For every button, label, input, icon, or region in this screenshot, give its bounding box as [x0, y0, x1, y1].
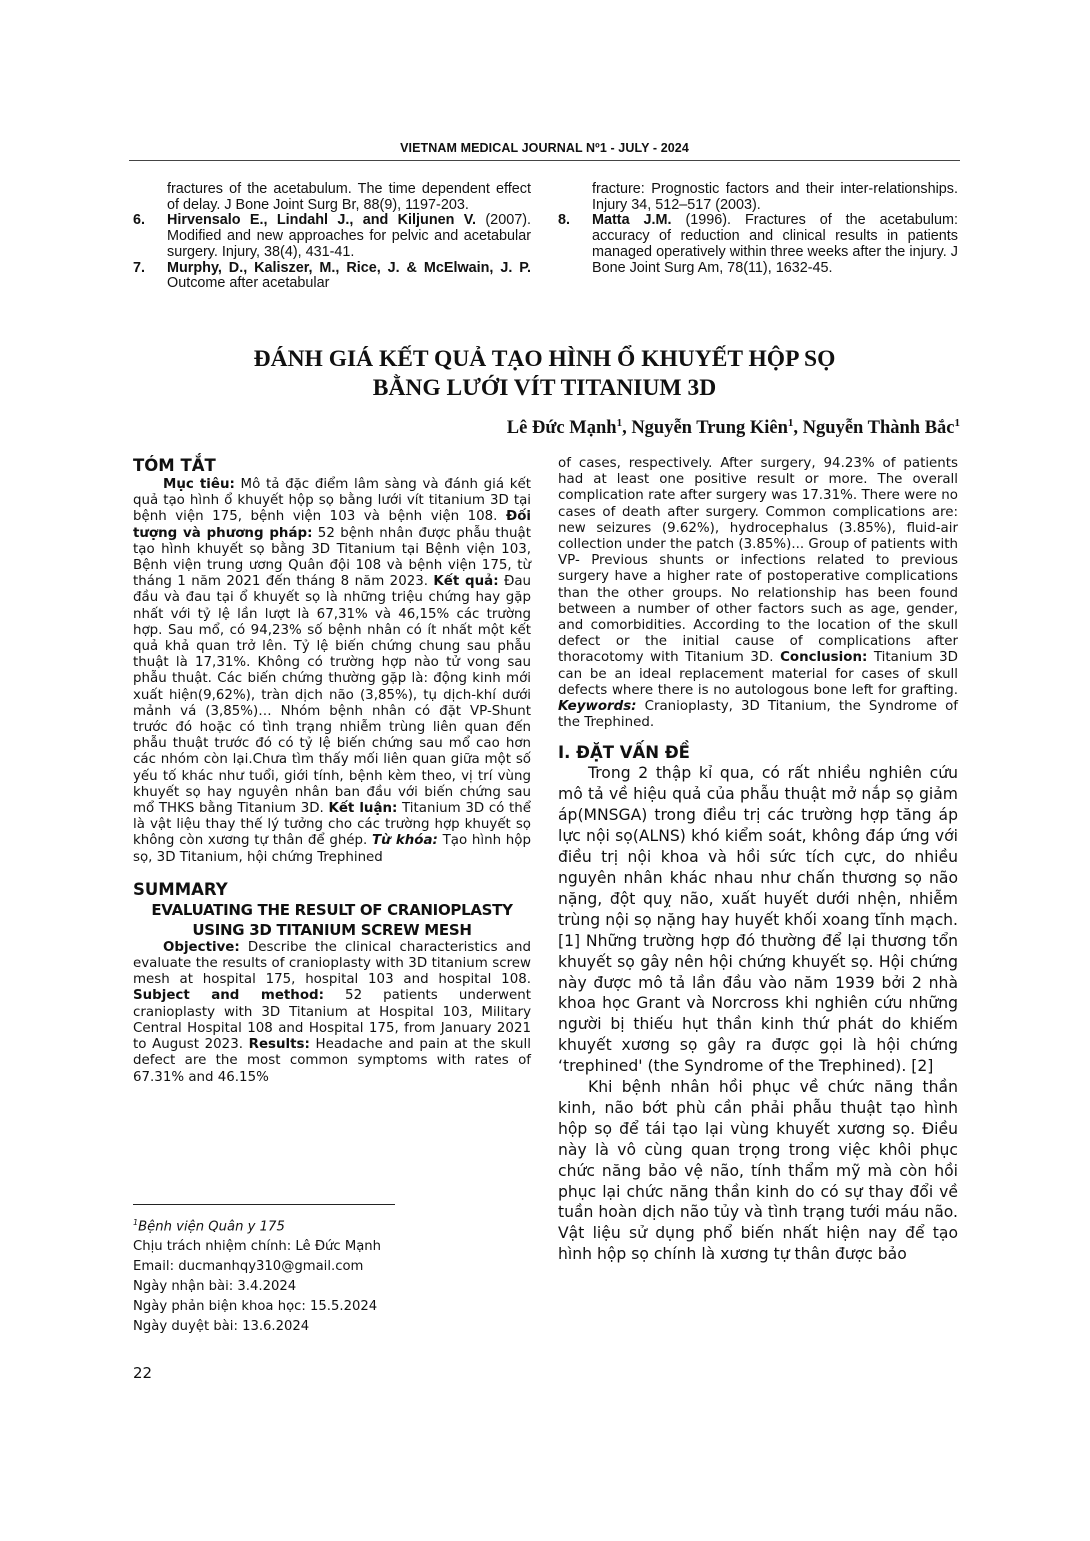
summary-title-line-1: EVALUATING THE RESULT OF CRANIOPLASTY: [133, 900, 531, 920]
author-list: Lê Đức Mạnh1, Nguyễn Trung Kiên1, Nguyễn…: [507, 417, 960, 439]
label-muc-tieu: Mục tiêu:: [163, 477, 235, 492]
footnote-received: Ngày nhận bài: 3.4.2024: [133, 1277, 381, 1297]
reference-body: Matta J.M. (1996). Fractures of the acet…: [592, 213, 958, 276]
running-head: VIETNAM MEDICAL JOURNAL Nº1 - JULY - 202…: [129, 141, 960, 155]
author-affiliation-mark: 1: [617, 417, 623, 429]
reference-authors: Murphy, D., Kaliszer, M., Rice, J. & McE…: [167, 260, 531, 276]
author-affiliation-mark: 1: [788, 417, 794, 429]
reference-authors: Hirvensalo E., Lindahl J., and Kiljunen …: [167, 212, 476, 228]
abstract-vietnamese: Mục tiêu: Mô tả đặc điểm lâm sàng và đán…: [133, 477, 531, 866]
label-ket-luan: Kết luận:: [328, 801, 397, 816]
author-name: Nguyễn Thành Bắc: [803, 418, 955, 438]
text-results-continued: of cases, respectively. After surgery, 9…: [558, 456, 958, 665]
abstract-english-part1: Objective: Describe the clinical charact…: [133, 940, 531, 1086]
reference-item: 6. Hirvensalo E., Lindahl J., and Kiljun…: [133, 213, 531, 260]
summary-title: EVALUATING THE RESULT OF CRANIOPLASTY US…: [133, 900, 531, 940]
left-column: TÓM TẮT Mục tiêu: Mô tả đặc điểm lâm sàn…: [133, 456, 531, 1086]
label-ket-qua: Kết quả:: [433, 574, 498, 589]
reference-continuation: fracture: Prognostic factors and their i…: [592, 182, 958, 213]
footnote-reviewed: Ngày phản biện khoa học: 15.5.2024: [133, 1297, 381, 1317]
section-heading-dat-van-de: I. ĐẶT VẤN ĐỀ: [558, 743, 958, 763]
author-affiliation-mark: 1: [955, 417, 961, 429]
author-name: Lê Đức Mạnh: [507, 418, 617, 438]
body-paragraph: Trong 2 thập kỉ qua, có rất nhiều nghiên…: [558, 763, 958, 1077]
reference-number: 7.: [133, 261, 167, 292]
reference-text: Outcome after acetabular: [167, 275, 329, 291]
page-number: 22: [133, 1364, 152, 1382]
label-results: Results:: [249, 1037, 310, 1052]
label-tu-khoa: Từ khóa:: [372, 833, 438, 848]
journal-page: VIETNAM MEDICAL JOURNAL Nº1 - JULY - 202…: [0, 0, 1090, 1541]
section-heading-tom-tat: TÓM TẮT: [133, 456, 531, 476]
footnote-rule: [133, 1204, 395, 1205]
footnote-email: Email: ducmanhqy310@gmail.com: [133, 1257, 381, 1277]
summary-title-line-2: USING 3D TITANIUM SCREW MESH: [133, 920, 531, 940]
references-left: fractures of the acetabulum. The time de…: [133, 182, 531, 292]
author-name: Nguyễn Trung Kiên: [631, 418, 788, 438]
article-title: ĐÁNH GIÁ KẾT QUẢ TẠO HÌNH Ổ KHUYẾT HỘP S…: [129, 345, 960, 403]
reference-body: Hirvensalo E., Lindahl J., and Kiljunen …: [167, 213, 531, 260]
label-conclusion: Conclusion:: [780, 650, 867, 665]
reference-number: 6.: [133, 213, 167, 260]
header-rule: [129, 160, 960, 161]
article-title-line-2: BẰNG LƯỚI VÍT TITANIUM 3D: [129, 374, 960, 403]
section-heading-summary: SUMMARY: [133, 880, 531, 900]
footnote-accepted: Ngày duyệt bài: 13.6.2024: [133, 1317, 381, 1337]
text-ket-qua: Đau đầu và đau tại ổ khuyết sọ là những …: [133, 574, 531, 816]
reference-number: 8.: [558, 213, 592, 276]
footnotes: 1Bệnh viện Quân y 175 Chịu trách nhiệm c…: [133, 1213, 381, 1337]
affiliation-text: Bệnh viện Quân y 175: [138, 1219, 285, 1234]
reference-item: 8. Matta J.M. (1996). Fractures of the a…: [558, 213, 958, 276]
label-method: Subject and method:: [133, 988, 324, 1003]
right-column: of cases, respectively. After surgery, 9…: [558, 456, 958, 1265]
reference-item: 7. Murphy, D., Kaliszer, M., Rice, J. & …: [133, 261, 531, 292]
footnote-responsible: Chịu trách nhiệm chính: Lê Đức Mạnh: [133, 1237, 381, 1257]
references-right: fracture: Prognostic factors and their i…: [558, 182, 958, 276]
body-paragraph: Khi bệnh nhân hồi phục về chức năng thần…: [558, 1077, 958, 1265]
label-keywords: Keywords:: [558, 699, 637, 714]
reference-continuation: fractures of the acetabulum. The time de…: [167, 182, 531, 213]
reference-body: Murphy, D., Kaliszer, M., Rice, J. & McE…: [167, 261, 531, 292]
reference-authors: Matta J.M.: [592, 212, 672, 228]
label-objective: Objective:: [163, 940, 240, 955]
article-title-line-1: ĐÁNH GIÁ KẾT QUẢ TẠO HÌNH Ổ KHUYẾT HỘP S…: [129, 345, 960, 374]
section-body: Trong 2 thập kỉ qua, có rất nhiều nghiên…: [558, 763, 958, 1265]
abstract-english-part2: of cases, respectively. After surgery, 9…: [558, 456, 958, 731]
footnote-affiliation: 1Bệnh viện Quân y 175: [133, 1213, 381, 1237]
